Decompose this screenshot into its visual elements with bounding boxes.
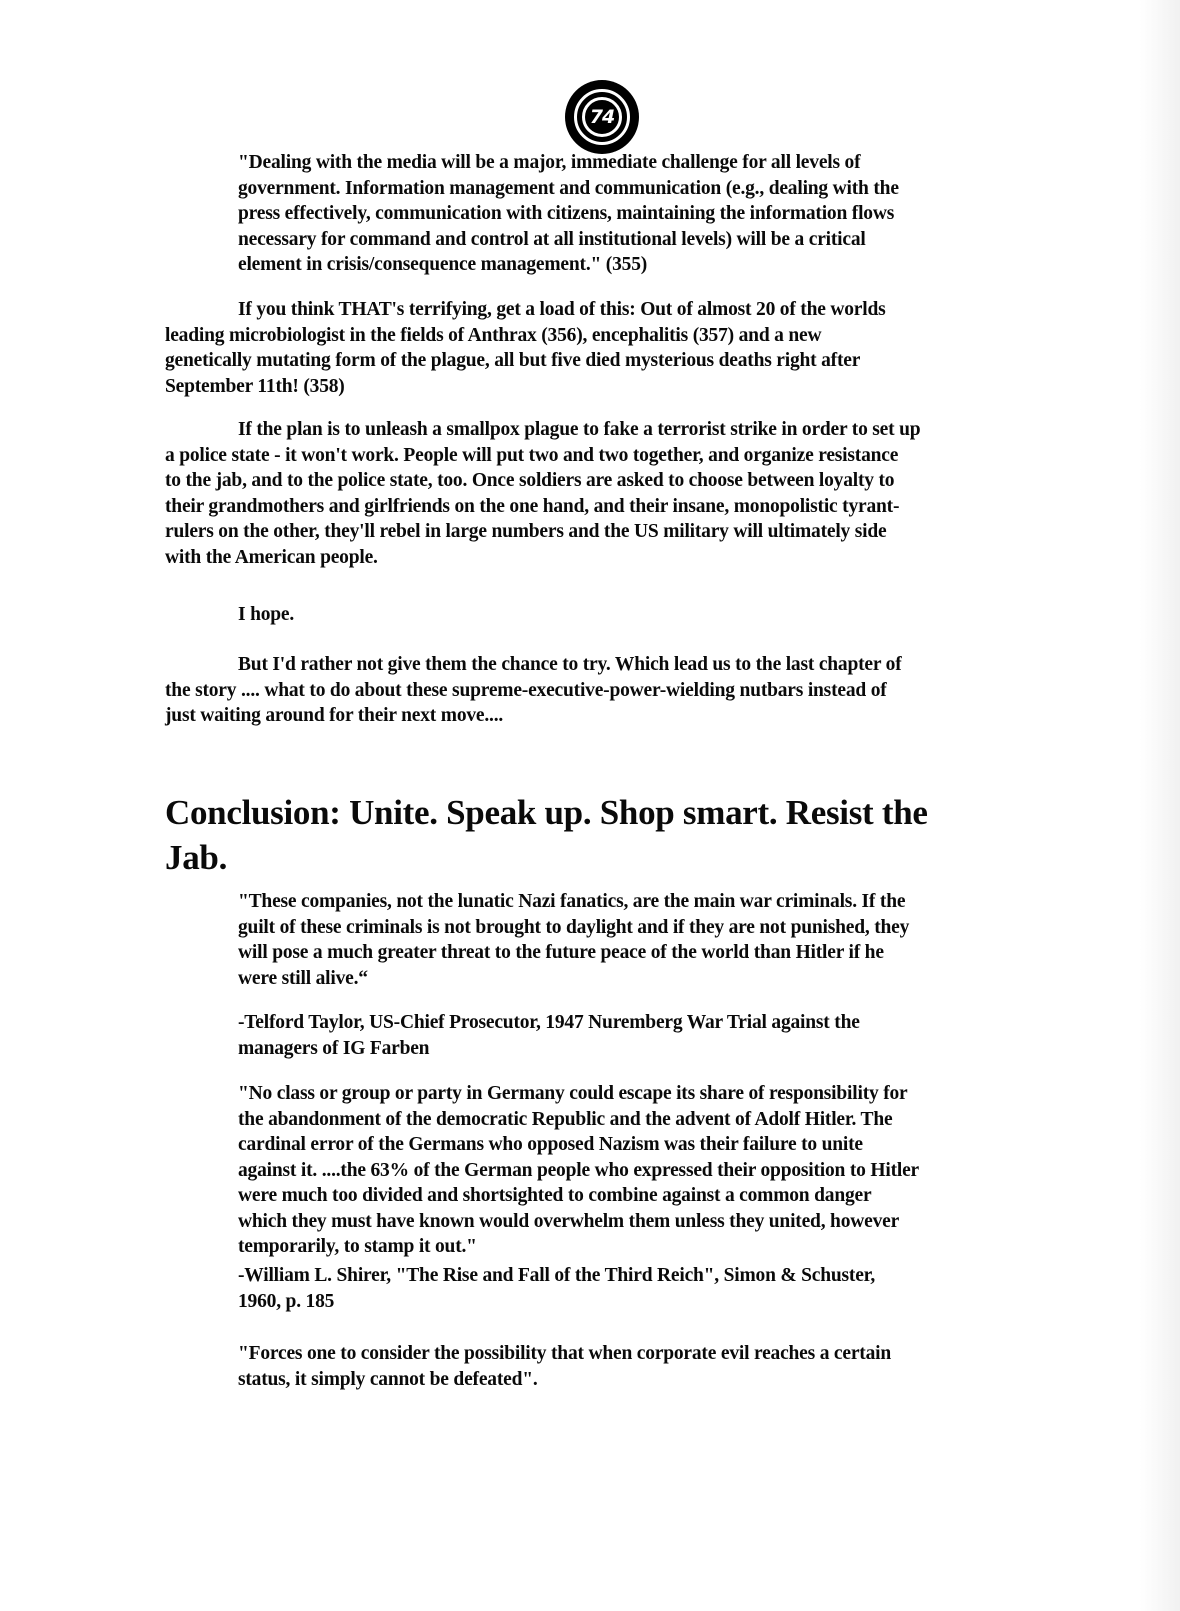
text-line: "No class or group or party in Germany c… [238, 1081, 1038, 1107]
text-line: rulers on the other, they'll rebel in la… [165, 519, 1045, 545]
text-line: "Forces one to consider the possibility … [238, 1341, 1038, 1367]
text-line: will pose a much greater threat to the f… [238, 940, 1038, 966]
quote-william-shirer: "No class or group or party in Germany c… [238, 1081, 1038, 1260]
page-number-badge: 74 [565, 80, 639, 154]
paragraph-plan: If the plan is to unleash a smallpox pla… [165, 417, 1045, 570]
paragraph-rather: But I'd rather not give them the chance … [165, 652, 1045, 729]
text-line: government. Information management and c… [238, 176, 1038, 202]
quote-telford-taylor: "These companies, not the lunatic Nazi f… [238, 889, 1038, 991]
section-heading-conclusion: Conclusion: Unite. Speak up. Shop smart.… [165, 790, 1025, 880]
text-line: cardinal error of the Germans who oppose… [238, 1132, 1038, 1158]
text-line: with the American people. [165, 545, 1045, 571]
page-number-ring: 74 [574, 89, 630, 145]
text-line: genetically mutating form of the plague,… [165, 348, 1045, 374]
text-line: a police state - it won't work. People w… [165, 443, 1045, 469]
text-line: guilt of these criminals is not brought … [238, 915, 1038, 941]
text-line: against it. ....the 63% of the German pe… [238, 1158, 1038, 1184]
paragraph-terrifying: If you think THAT's terrifying, get a lo… [165, 297, 1045, 399]
page-number-label: 74 [582, 97, 622, 137]
attribution-william-shirer: -William L. Shirer, "The Rise and Fall o… [238, 1263, 1038, 1314]
heading-line: Conclusion: Unite. Speak up. Shop smart.… [165, 790, 1025, 835]
text-line: which they must have known would overwhe… [238, 1209, 1038, 1235]
text-line: the abandonment of the democratic Republ… [238, 1107, 1038, 1133]
text-line: If the plan is to unleash a smallpox pla… [165, 417, 1045, 443]
text-line: were much too divided and shortsighted t… [238, 1183, 1038, 1209]
text-line: status, it simply cannot be defeated". [238, 1367, 1038, 1393]
text-line: their grandmothers and girlfriends on th… [165, 494, 1045, 520]
quote-corporate-evil: "Forces one to consider the possibility … [238, 1341, 1038, 1392]
text-line: to the jab, and to the police state, too… [165, 468, 1045, 494]
text-line: press effectively, communication with ci… [238, 201, 1038, 227]
text-line: 1960, p. 185 [238, 1289, 1038, 1315]
scan-edge-artifact [1140, 0, 1180, 1611]
text-line: -Telford Taylor, US-Chief Prosecutor, 19… [238, 1010, 1038, 1036]
heading-line: Jab. [165, 835, 1025, 880]
text-line: the story .... what to do about these su… [165, 678, 1045, 704]
text-line: September 11th! (358) [165, 374, 1045, 400]
text-line: element in crisis/consequence management… [238, 252, 1038, 278]
text-line: "These companies, not the lunatic Nazi f… [238, 889, 1038, 915]
text-line: leading microbiologist in the fields of … [165, 323, 1045, 349]
text-line: If you think THAT's terrifying, get a lo… [165, 297, 1045, 323]
text-line: necessary for command and control at all… [238, 227, 1038, 253]
attribution-telford-taylor: -Telford Taylor, US-Chief Prosecutor, 19… [238, 1010, 1038, 1061]
text-line: temporarily, to stamp it out." [238, 1234, 1038, 1260]
text-line: managers of IG Farben [238, 1036, 1038, 1062]
text-line: just waiting around for their next move.… [165, 703, 1045, 729]
text-line: were still alive.“ [238, 966, 1038, 992]
paragraph-hope: I hope. [165, 602, 1045, 628]
text-line: -William L. Shirer, "The Rise and Fall o… [238, 1263, 1038, 1289]
text-line: But I'd rather not give them the chance … [165, 652, 1045, 678]
text-line: "Dealing with the media will be a major,… [238, 150, 1038, 176]
text-line: I hope. [165, 602, 1045, 628]
quote-media-management: "Dealing with the media will be a major,… [238, 150, 1038, 278]
